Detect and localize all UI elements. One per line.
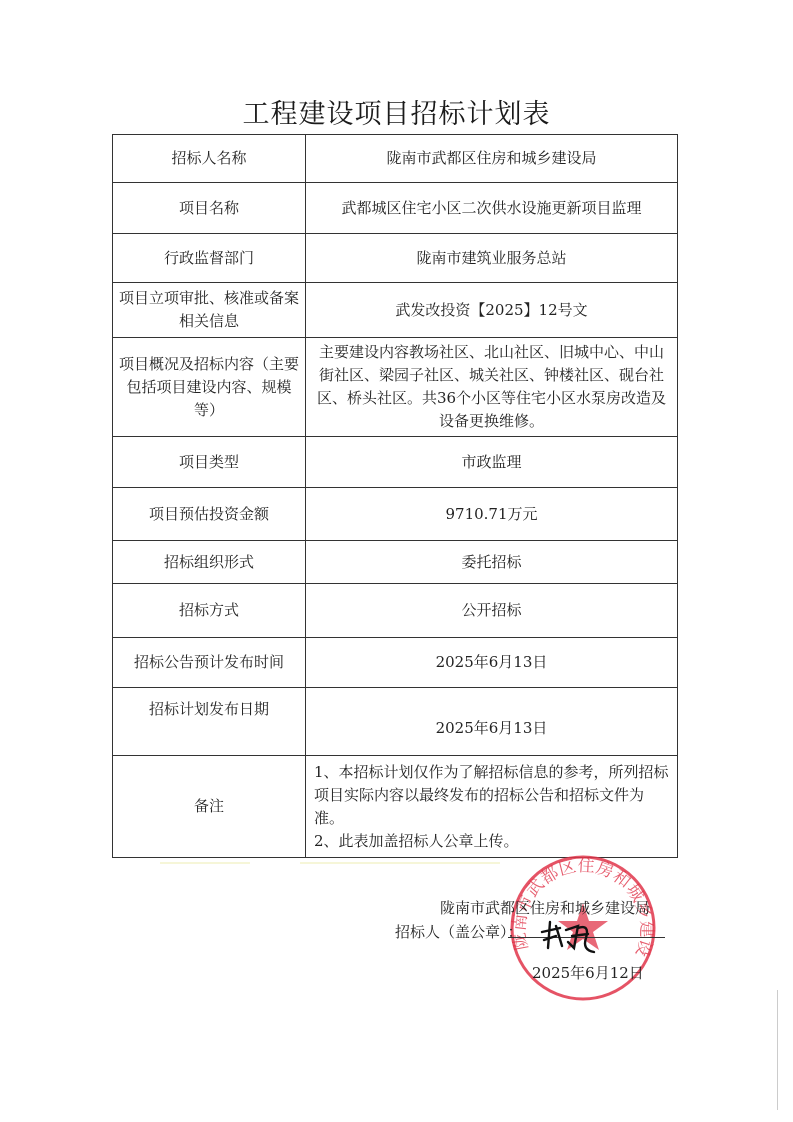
signing-date: 2025年6月12日 xyxy=(532,962,644,983)
scan-artifact xyxy=(300,862,500,864)
row-value: 9710.71万元 xyxy=(306,488,678,541)
scan-edge xyxy=(777,990,778,1110)
row-label: 项目预估投资金额 xyxy=(113,488,306,541)
scan-artifact xyxy=(160,862,250,864)
signer-label: 招标人（盖公章）： xyxy=(395,921,523,942)
row-label: 招标计划发布日期 xyxy=(113,688,306,756)
table-row: 项目概况及招标内容（主要包括项目建设内容、规模等） 主要建设内容教场社区、北山社… xyxy=(113,338,678,437)
row-label: 项目立项审批、核准或备案相关信息 xyxy=(113,283,306,338)
table-row: 招标公告预计发布时间 2025年6月13日 xyxy=(113,638,678,688)
row-label: 备注 xyxy=(113,756,306,858)
table-row: 项目名称 武都城区住宅小区二次供水设施更新项目监理 xyxy=(113,183,678,234)
table-row: 招标人名称 陇南市武都区住房和城乡建设局 xyxy=(113,135,678,183)
row-value: 陇南市武都区住房和城乡建设局 xyxy=(306,135,678,183)
row-value: 武都城区住宅小区二次供水设施更新项目监理 xyxy=(306,183,678,234)
remark-line: 2、此表加盖招标人公章上传。 xyxy=(314,830,669,853)
row-label: 行政监督部门 xyxy=(113,234,306,283)
tenderer-organization: 陇南市武都区住房和城乡建设局 xyxy=(440,897,650,918)
row-label: 项目名称 xyxy=(113,183,306,234)
table-row: 行政监督部门 陇南市建筑业服务总站 xyxy=(113,234,678,283)
row-value: 2025年6月13日 xyxy=(306,638,678,688)
row-label: 招标人名称 xyxy=(113,135,306,183)
row-value: 委托招标 xyxy=(306,541,678,584)
row-value: 武发改投资【2025】12号文 xyxy=(306,283,678,338)
row-value: 公开招标 xyxy=(306,584,678,638)
row-label: 项目类型 xyxy=(113,437,306,488)
row-label: 招标方式 xyxy=(113,584,306,638)
table-row: 备注 1、本招标计划仅作为了解招标信息的参考，所列招标项目实际内容以最终发布的招… xyxy=(113,756,678,858)
remark-line: 1、本招标计划仅作为了解招标信息的参考，所列招标项目实际内容以最终发布的招标公告… xyxy=(314,761,669,830)
table-row: 招标组织形式 委托招标 xyxy=(113,541,678,584)
table-row: 招标计划发布日期 2025年6月13日 xyxy=(113,688,678,756)
row-value: 市政监理 xyxy=(306,437,678,488)
table-row: 项目类型 市政监理 xyxy=(113,437,678,488)
tender-plan-table: 招标人名称 陇南市武都区住房和城乡建设局 项目名称 武都城区住宅小区二次供水设施… xyxy=(112,134,678,858)
row-label: 招标组织形式 xyxy=(113,541,306,584)
table-row: 招标方式 公开招标 xyxy=(113,584,678,638)
document-title: 工程建设项目招标计划表 xyxy=(0,92,793,131)
remarks-cell: 1、本招标计划仅作为了解招标信息的参考，所列招标项目实际内容以最终发布的招标公告… xyxy=(306,756,678,858)
row-value: 陇南市建筑业服务总站 xyxy=(306,234,678,283)
table-row: 项目预估投资金额 9710.71万元 xyxy=(113,488,678,541)
row-value: 主要建设内容教场社区、北山社区、旧城中心、中山街社区、梁园子社区、城关社区、钟楼… xyxy=(306,338,678,437)
row-label: 招标公告预计发布时间 xyxy=(113,638,306,688)
row-value: 2025年6月13日 xyxy=(306,688,678,756)
table-row: 项目立项审批、核准或备案相关信息 武发改投资【2025】12号文 xyxy=(113,283,678,338)
row-label: 项目概况及招标内容（主要包括项目建设内容、规模等） xyxy=(113,338,306,437)
handwritten-signature-icon xyxy=(538,918,598,954)
